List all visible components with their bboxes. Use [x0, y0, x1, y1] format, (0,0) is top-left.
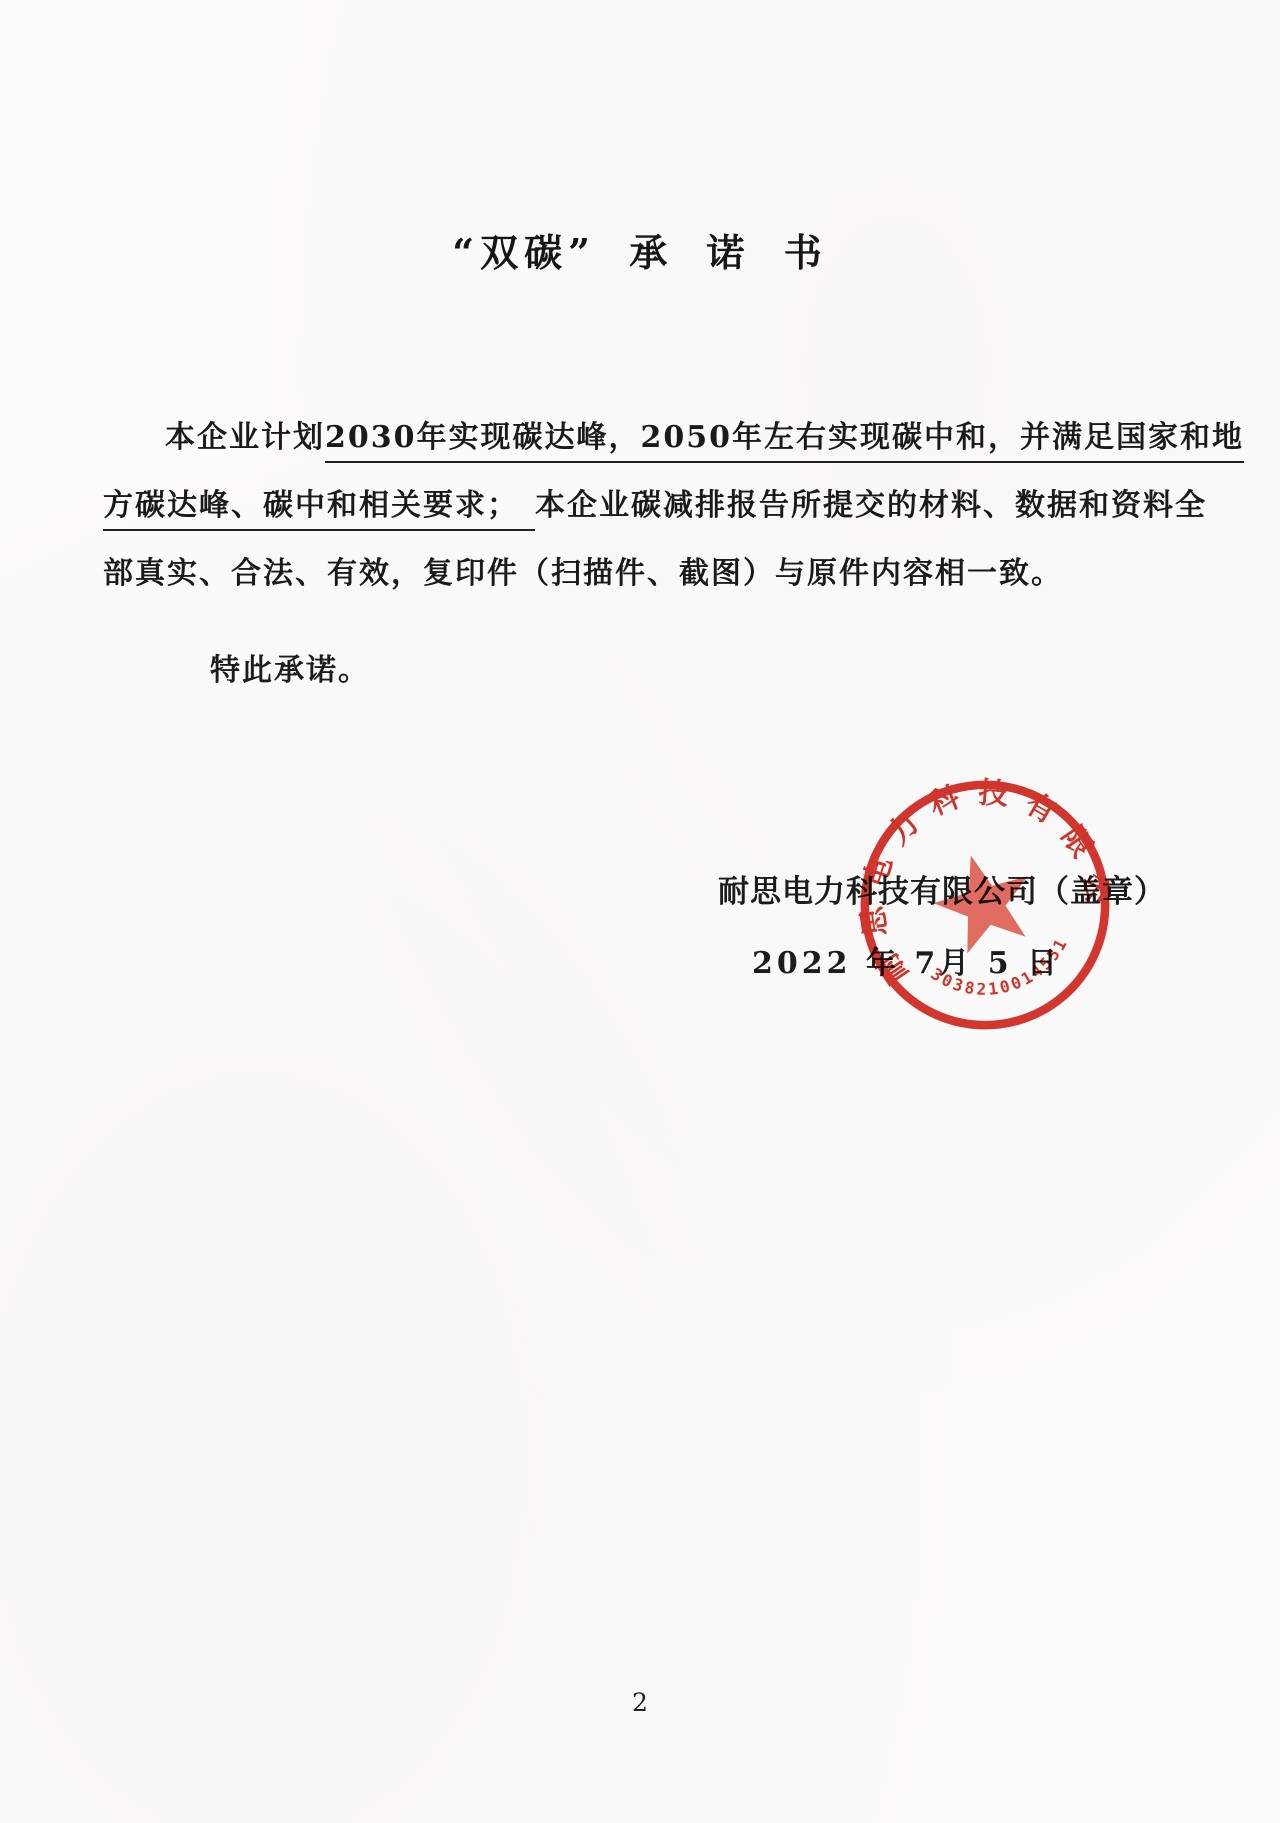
line2-plain-text: 本企业碳减排报告所提交的材料、数据和资料全	[535, 488, 1207, 523]
line1-underlined-text: 2030年实现碳达峰，2050年左右实现碳中和，并满足国家和地	[325, 420, 1244, 463]
paragraph-line-3: 部真实、合法、有效，复印件（扫描件、截图）与原件内容相一致。	[103, 554, 1193, 622]
line1-plain-text: 本企业计划	[165, 420, 325, 455]
scanned-document-page: { "page": { "title": "“双碳” 承 诺 书", "page…	[0, 0, 1280, 1823]
seal-company-text: 耐思电力科技有限公司	[808, 728, 1126, 1001]
closing-statement: 特此承诺。	[210, 645, 370, 689]
paragraph-line-1: 本企业计划2030年实现碳达峰，2050年左右实现碳中和，并满足国家和地	[103, 418, 1193, 486]
paragraph-line-2: 方碳达峰、碳中和相关要求；本企业碳减排报告所提交的材料、数据和资料全	[103, 486, 1193, 554]
document-title: “双碳” 承 诺 书	[0, 222, 1280, 277]
page-number: 2	[0, 1688, 1280, 1717]
commitment-paragraph: 本企业计划2030年实现碳达峰，2050年左右实现碳中和，并满足国家和地 方碳达…	[103, 418, 1193, 622]
seal-star-icon	[924, 842, 1044, 959]
company-seal-stamp: 耐思电力科技有限公司 3038210014551	[808, 728, 1162, 1082]
line2-underlined-text: 方碳达峰、碳中和相关要求；	[103, 488, 535, 531]
